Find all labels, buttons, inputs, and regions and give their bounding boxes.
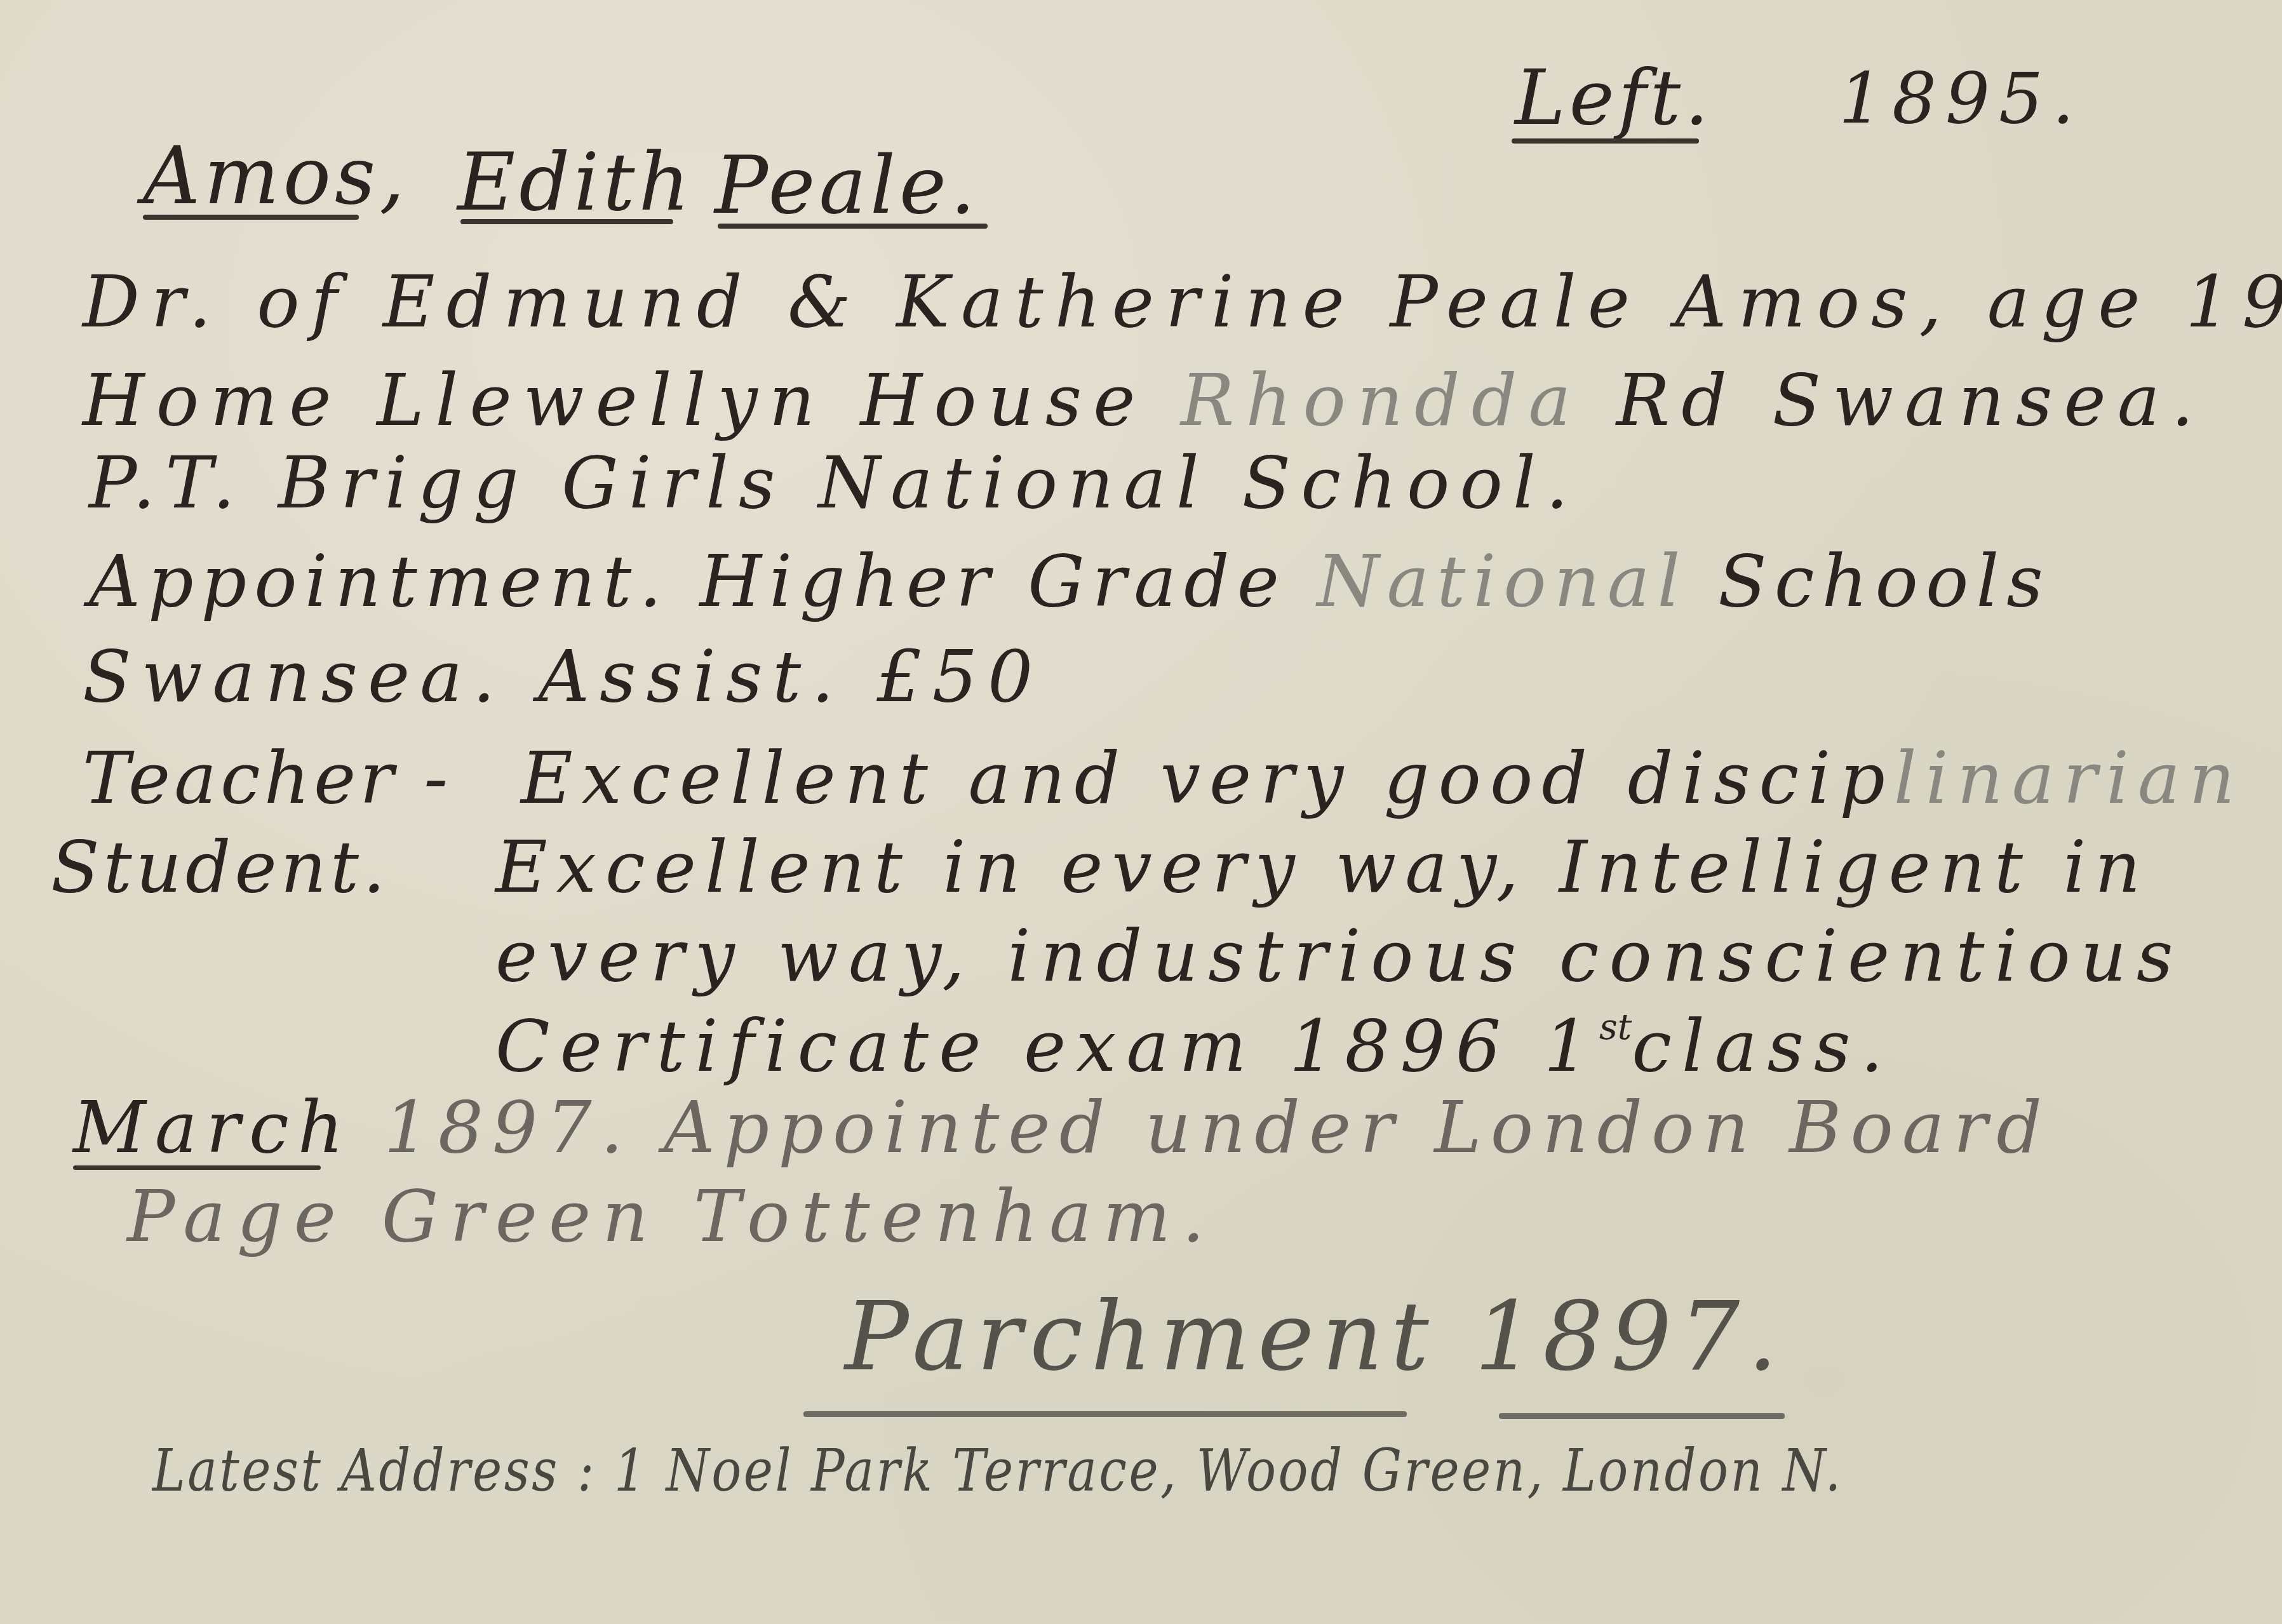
student-report-line-1: Excellent in every way, Intelligent in bbox=[495, 832, 2149, 903]
appointment-prefix: Appointment. Higher Grade bbox=[89, 540, 1317, 623]
appointment-line: Appointment. Higher Grade National Schoo… bbox=[89, 546, 2051, 617]
handwritten-record-page: Left. 1895. Amos, Edith Peale. Dr. of Ed… bbox=[0, 0, 2282, 1624]
parchment-label: Parchment bbox=[845, 1282, 1437, 1392]
surname-underline bbox=[143, 215, 359, 220]
name-middle: Peale. bbox=[715, 146, 979, 225]
latest-address: Latest Address : 1 Noel Park Terrace, Wo… bbox=[152, 1442, 1843, 1500]
student-label: Student. bbox=[51, 832, 389, 903]
name-surname: Amos, bbox=[143, 137, 408, 216]
certificate-line: Certificate exam 1896 1stclass. bbox=[495, 1010, 1893, 1082]
page-green-line: Page Green Tottenham. bbox=[127, 1181, 1216, 1252]
appointment-suffix: Schools bbox=[1688, 540, 2050, 623]
certificate-suffix: class. bbox=[1632, 1005, 1893, 1088]
home-street-faded: Rhondda bbox=[1181, 359, 1582, 442]
march-rest: 1897. Appointed under London Board bbox=[352, 1087, 2051, 1169]
march-underline bbox=[73, 1165, 321, 1170]
parchment-line: Parchment 1897. bbox=[845, 1289, 1785, 1385]
home-line: Home Llewellyn House Rhondda Rd Swansea. bbox=[83, 365, 2205, 436]
home-suffix: Rd Swansea. bbox=[1582, 359, 2205, 442]
left-year: 1895. bbox=[1839, 64, 2083, 133]
pupil-teacher-line: P.T. Brigg Girls National School. bbox=[89, 448, 1578, 519]
teacher-report: Excellent and very good disciplinarian bbox=[521, 743, 2244, 814]
left-label-underline bbox=[1512, 138, 1699, 144]
teacher-label: Teacher - bbox=[83, 743, 452, 814]
teacher-report-dark: Excellent and very good discip bbox=[521, 737, 1894, 820]
first-name-underline bbox=[460, 219, 673, 224]
name-first: Edith bbox=[457, 143, 694, 222]
appointment-faded: National bbox=[1317, 540, 1688, 623]
parchment-year: 1897. bbox=[1475, 1282, 1785, 1392]
parchment-underline bbox=[803, 1411, 1407, 1417]
left-label: Left. bbox=[1515, 60, 1712, 137]
student-report-line-2: every way, industrious conscientious bbox=[495, 921, 2183, 992]
home-prefix: Home Llewellyn House bbox=[83, 359, 1181, 442]
certificate-prefix: Certificate exam 1896 1 bbox=[495, 1005, 1599, 1088]
parents-line: Dr. of Edmund & Katherine Peale Amos, ag… bbox=[83, 267, 2282, 338]
appointment-continuation: Swansea. Assist. £50 bbox=[83, 641, 1043, 713]
parchment-year-underline bbox=[1499, 1413, 1785, 1419]
ordinal-suffix: st bbox=[1599, 1007, 1632, 1048]
teacher-report-faded: linarian bbox=[1894, 737, 2244, 820]
march-appointment-line: March 1897. Appointed under London Board bbox=[73, 1092, 2051, 1164]
march-label: March bbox=[73, 1087, 352, 1169]
middle-name-underline bbox=[718, 224, 988, 229]
